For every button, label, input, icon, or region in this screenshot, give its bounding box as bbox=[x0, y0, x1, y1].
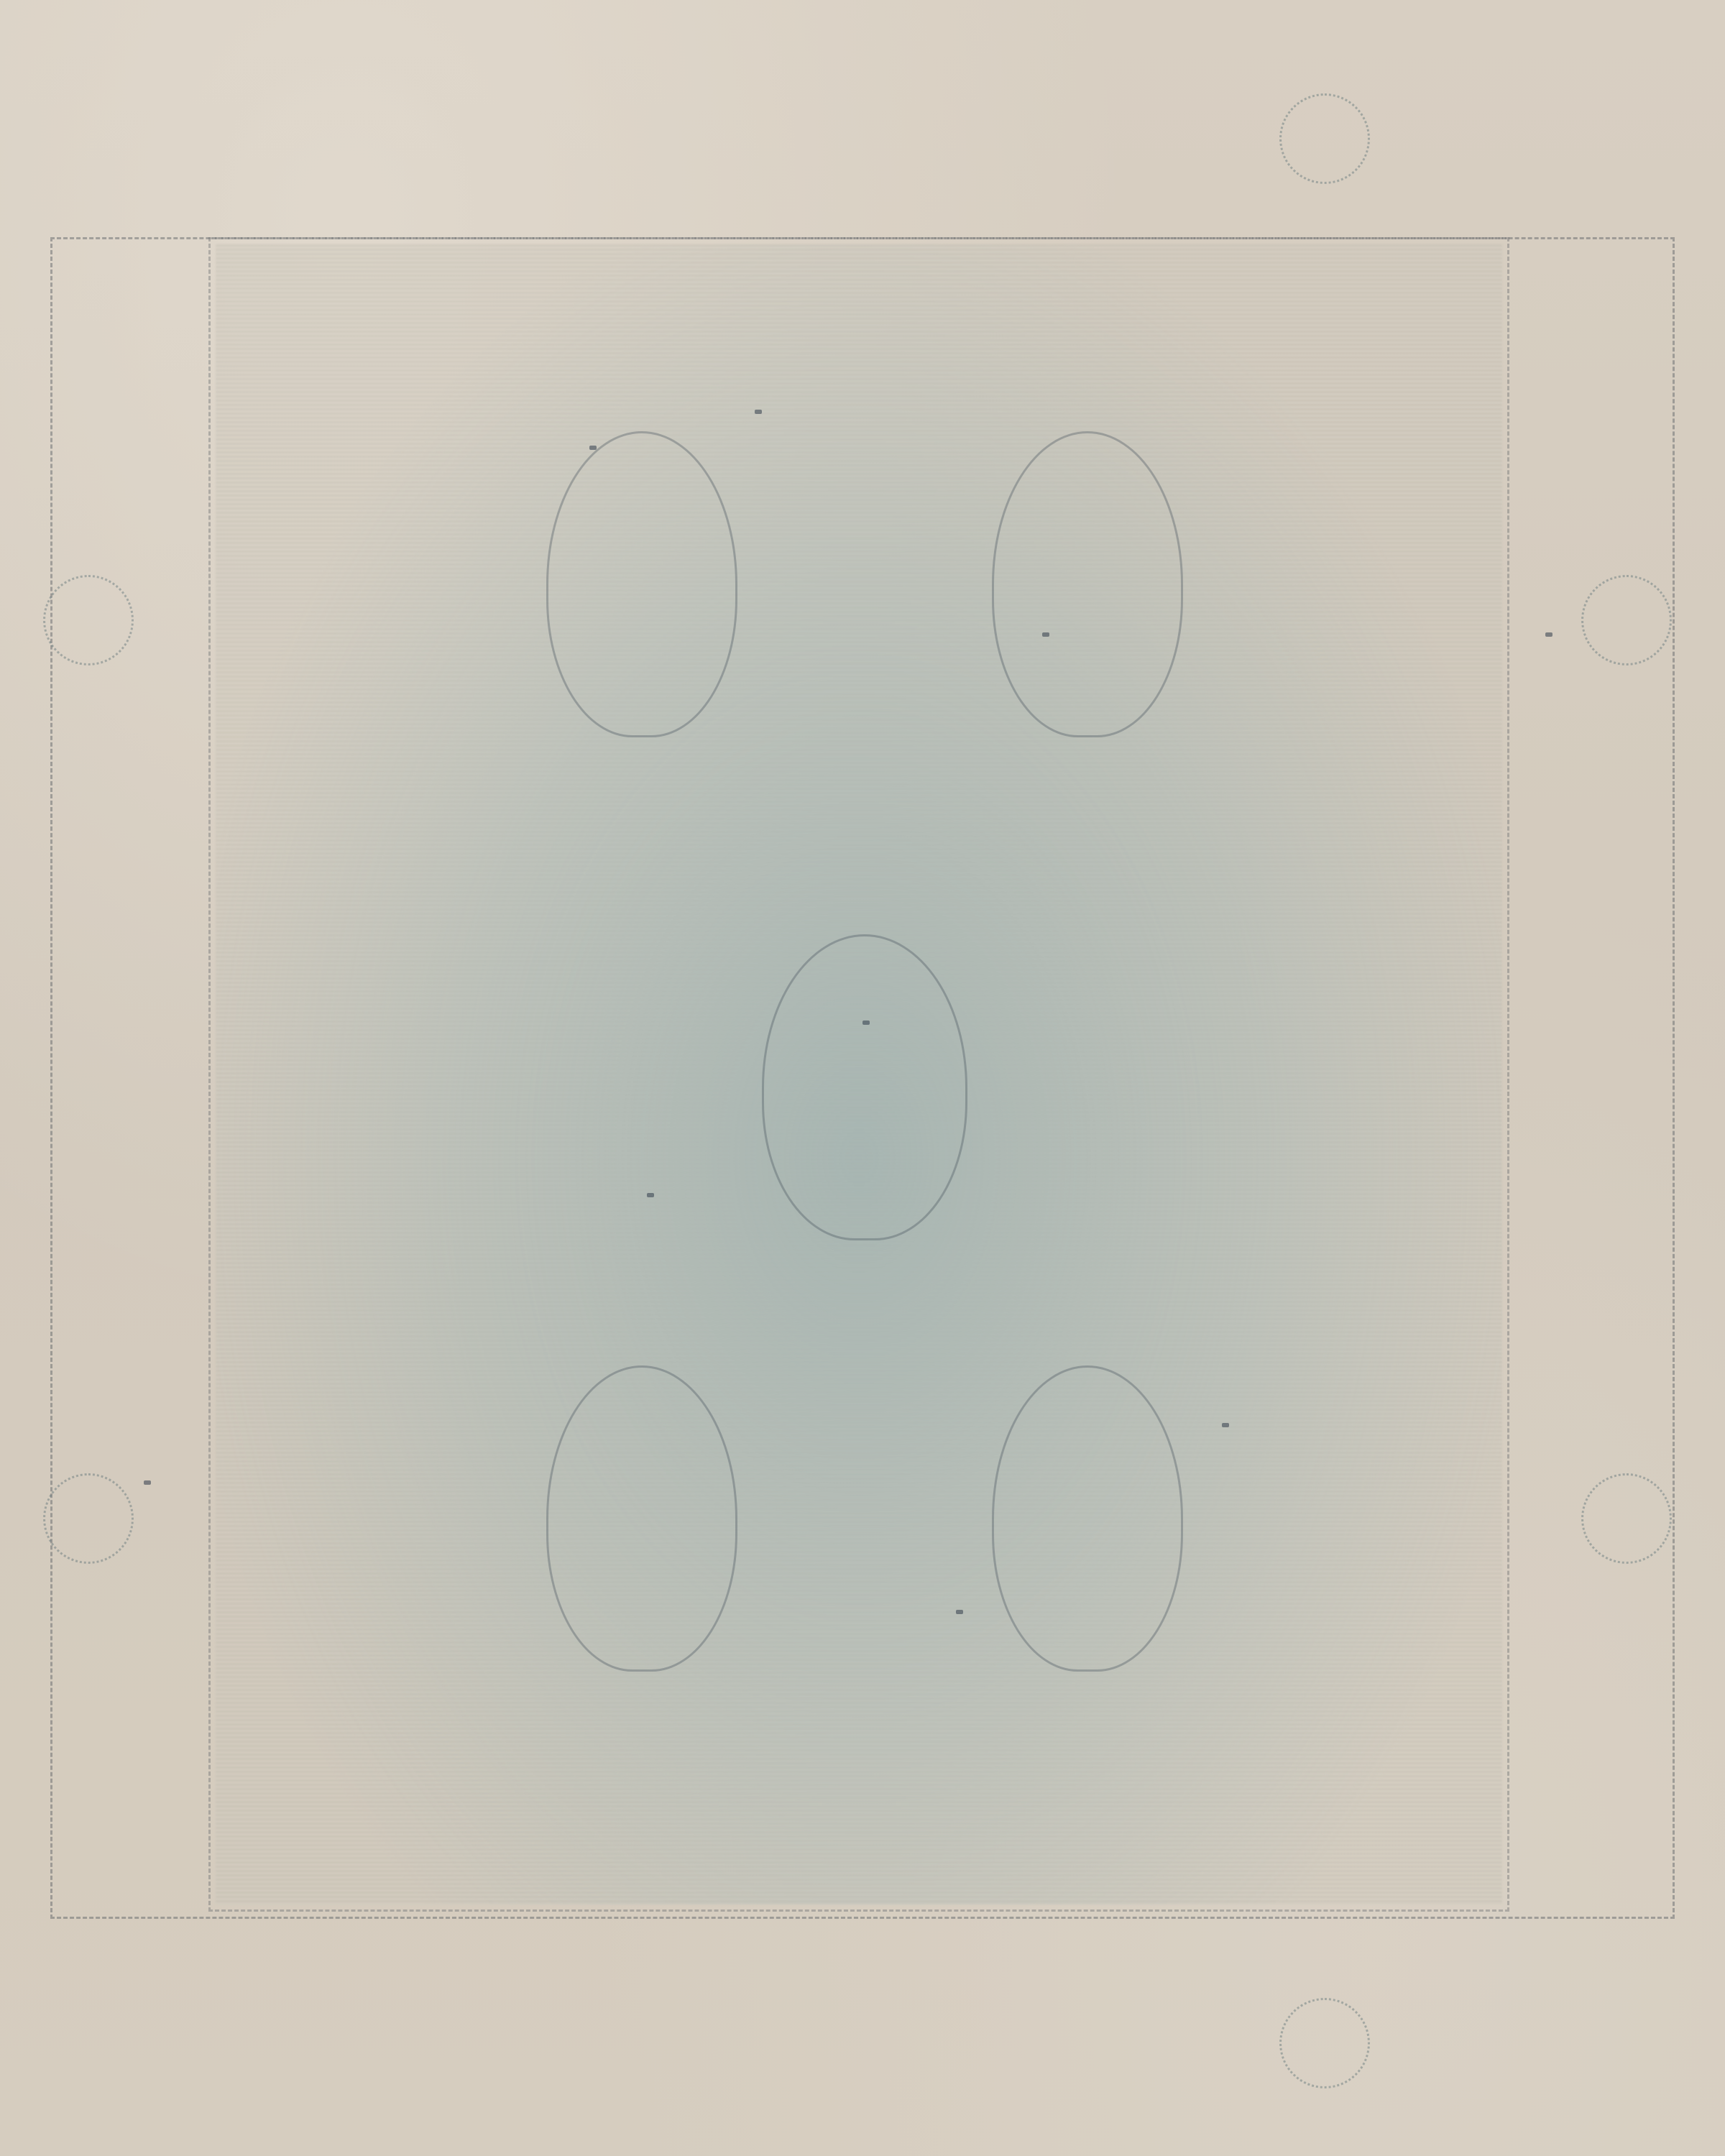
navy-accent bbox=[144, 1480, 151, 1485]
border-rosette bbox=[43, 575, 134, 665]
border-rosette bbox=[43, 1473, 134, 1564]
navy-accent bbox=[1222, 1423, 1229, 1427]
navy-accent bbox=[589, 446, 597, 450]
navy-accent bbox=[862, 1021, 870, 1025]
border-rosette bbox=[1279, 93, 1370, 184]
navy-accent bbox=[1545, 632, 1552, 637]
border-rosette bbox=[1581, 575, 1672, 665]
floral-motif bbox=[992, 1365, 1183, 1672]
navy-accent bbox=[1042, 632, 1049, 637]
floral-motif bbox=[546, 431, 737, 737]
navy-accent bbox=[647, 1193, 654, 1197]
floral-motif bbox=[992, 431, 1183, 737]
border-rosette bbox=[1581, 1473, 1672, 1564]
floral-motif bbox=[546, 1365, 737, 1672]
navy-accent bbox=[956, 1610, 963, 1614]
floral-motif bbox=[762, 934, 967, 1240]
border-rosette bbox=[1279, 1998, 1370, 2088]
navy-accent bbox=[755, 410, 762, 414]
rug-photo bbox=[0, 0, 1725, 2156]
